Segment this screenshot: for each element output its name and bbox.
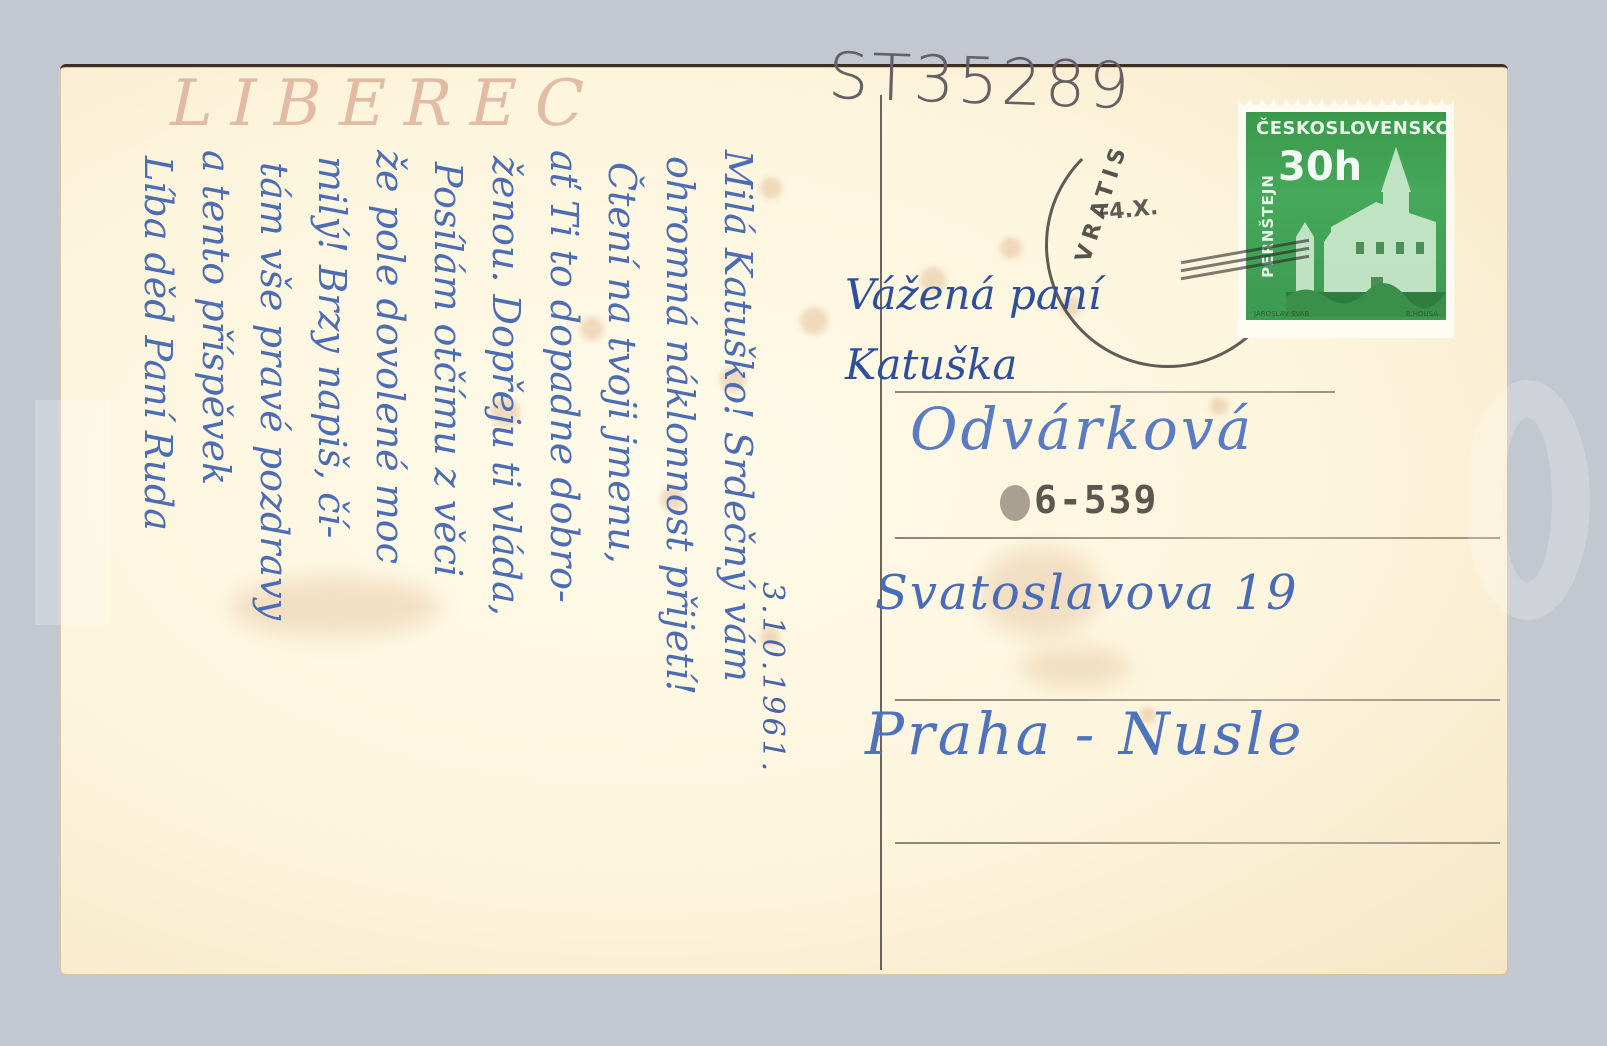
address-line-rule [895,391,1335,393]
message-line: tám vše pravé pozdravy [252,162,296,620]
postmark-cancel-bars [1180,245,1310,275]
message-line: Čtení na tvoji jmenu, [600,162,644,564]
message-line: ať Ti to dopadne dobro- [542,150,586,603]
stain [1000,237,1022,259]
pencil-note-city: LIBEREC [162,67,609,141]
address-city: Praha - Nusle [865,700,1304,768]
stamp-credit-right: B.HOUSA [1406,310,1438,318]
stain [800,307,828,335]
message-line: že pole dovolené moc [368,150,412,564]
message-date: 3.10.1961. [755,582,790,774]
stamp-design: ČESKOSLOVENSKO 30h PERNŠTEJN [1246,112,1446,320]
address-salutation: Vážená paní [845,270,1101,319]
seal-icon [1000,485,1030,521]
message-line: milý! Brzy napiš, čí- [310,156,354,538]
center-divider [880,95,882,970]
castle-icon [1286,142,1446,317]
address-first-name: Katuška [845,340,1017,389]
address-street: Svatoslavova 19 [875,565,1299,621]
address-line-rule [895,842,1500,844]
message-line: Milá Katuško! Srdečný vám [716,150,760,682]
address-surname: Odvárková [910,395,1254,463]
stain [1020,647,1130,687]
stamp-credit-left: JAROSLAV SVAB [1254,310,1309,318]
message-line: Líba děd Paní Ruda [136,156,180,531]
message-line: Posílám otčímu z věci [426,162,470,577]
message-line: a tento příspěvek [194,150,238,485]
stain [760,177,782,199]
message-line: ohromná náklonnost přijetí! [658,156,702,695]
address-line-rule [895,537,1500,539]
message-line: ženou. Dopřeju ti vláda, [484,156,528,616]
stamp-country: ČESKOSLOVENSKO [1256,118,1446,139]
postage-stamp: ČESKOSLOVENSKO 30h PERNŠTEJN [1238,100,1454,338]
inventory-number: ST35289 [827,40,1134,125]
receiving-mark: 6-539 [1000,478,1158,522]
